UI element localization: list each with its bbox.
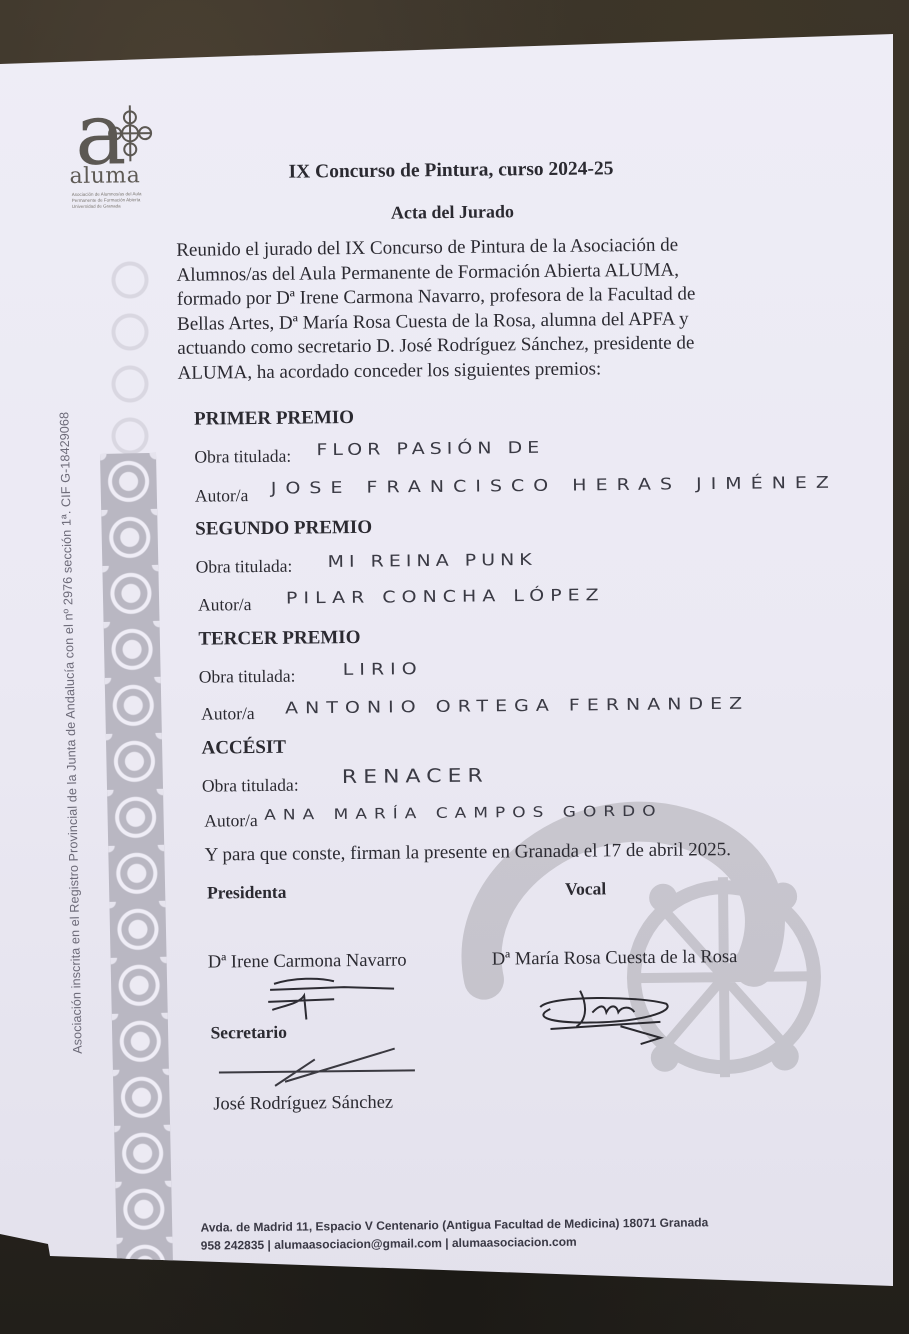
vocal-name: Dª María Rosa Cuesta de la Rosa [492, 947, 738, 971]
registry-side-text: Asociación inscrita en el Registro Provi… [57, 412, 84, 1054]
vocal-role: Vocal [565, 878, 606, 899]
secretary-signature-icon [215, 1044, 425, 1090]
work-label: Obra titulada: [202, 775, 299, 797]
prize-work-first: FLOR PASIÓN DE [316, 438, 544, 459]
prize-heading-third: TERCER PREMIO [198, 627, 360, 651]
document-content: a aluma Asociación de Alumnos/as del Aul… [0, 0, 909, 1334]
prize-author-third: ANTONIO ORTEGA FERNANDEZ [285, 694, 749, 718]
footer-contact: Avda. de Madrid 11, Espacio V Centenario… [200, 1213, 708, 1254]
closing-statement: Y para que conste, firman la presente en… [205, 839, 732, 867]
intro-paragraph: Reunido el jurado del IX Concurso de Pin… [176, 233, 778, 386]
work-label: Obra titulada: [194, 446, 291, 468]
president-role: Presidenta [207, 882, 287, 904]
prize-work-second: MI REINA PUNK [327, 550, 536, 571]
prize-heading-first: PRIMER PREMIO [194, 407, 354, 431]
aluma-logo: a aluma Asociación de Alumnos/as del Aul… [67, 91, 168, 222]
prize-work-third: LIRIO [343, 660, 423, 680]
prize-heading-accesit: ACCÉSIT [201, 737, 286, 760]
document-title: IX Concurso de Pintura, curso 2024-25 [288, 158, 613, 183]
document-subtitle: Acta del Jurado [391, 201, 514, 223]
prize-work-accesit: RENACER [342, 765, 489, 788]
secretary-name: José Rodríguez Sánchez [213, 1093, 393, 1116]
logo-subtitle: Asociación de Alumnos/as del Aula Perman… [72, 191, 164, 210]
president-signature-icon [264, 975, 405, 1026]
author-label: Autor/a [195, 485, 249, 507]
author-label: Autor/a [204, 810, 258, 832]
work-label: Obra titulada: [199, 666, 296, 688]
secretary-role: Secretario [210, 1022, 287, 1044]
prize-author-first: JOSE FRANCISCO HERAS JIMÉNEZ [271, 473, 838, 498]
author-label: Autor/a [198, 594, 252, 616]
author-label: Autor/a [201, 703, 255, 725]
logo-brand-text: aluma [69, 163, 140, 189]
logo-rosette-icon [105, 103, 156, 166]
prize-heading-second: SEGUNDO PREMIO [195, 517, 372, 541]
president-name: Dª Irene Carmona Navarro [208, 950, 407, 973]
prize-author-accesit: ANA MARÍA CAMPOS GORDO [264, 803, 663, 824]
work-label: Obra titulada: [196, 556, 293, 578]
prize-author-second: PILAR CONCHA LÓPEZ [286, 586, 605, 608]
vocal-signature-icon [530, 982, 681, 1048]
